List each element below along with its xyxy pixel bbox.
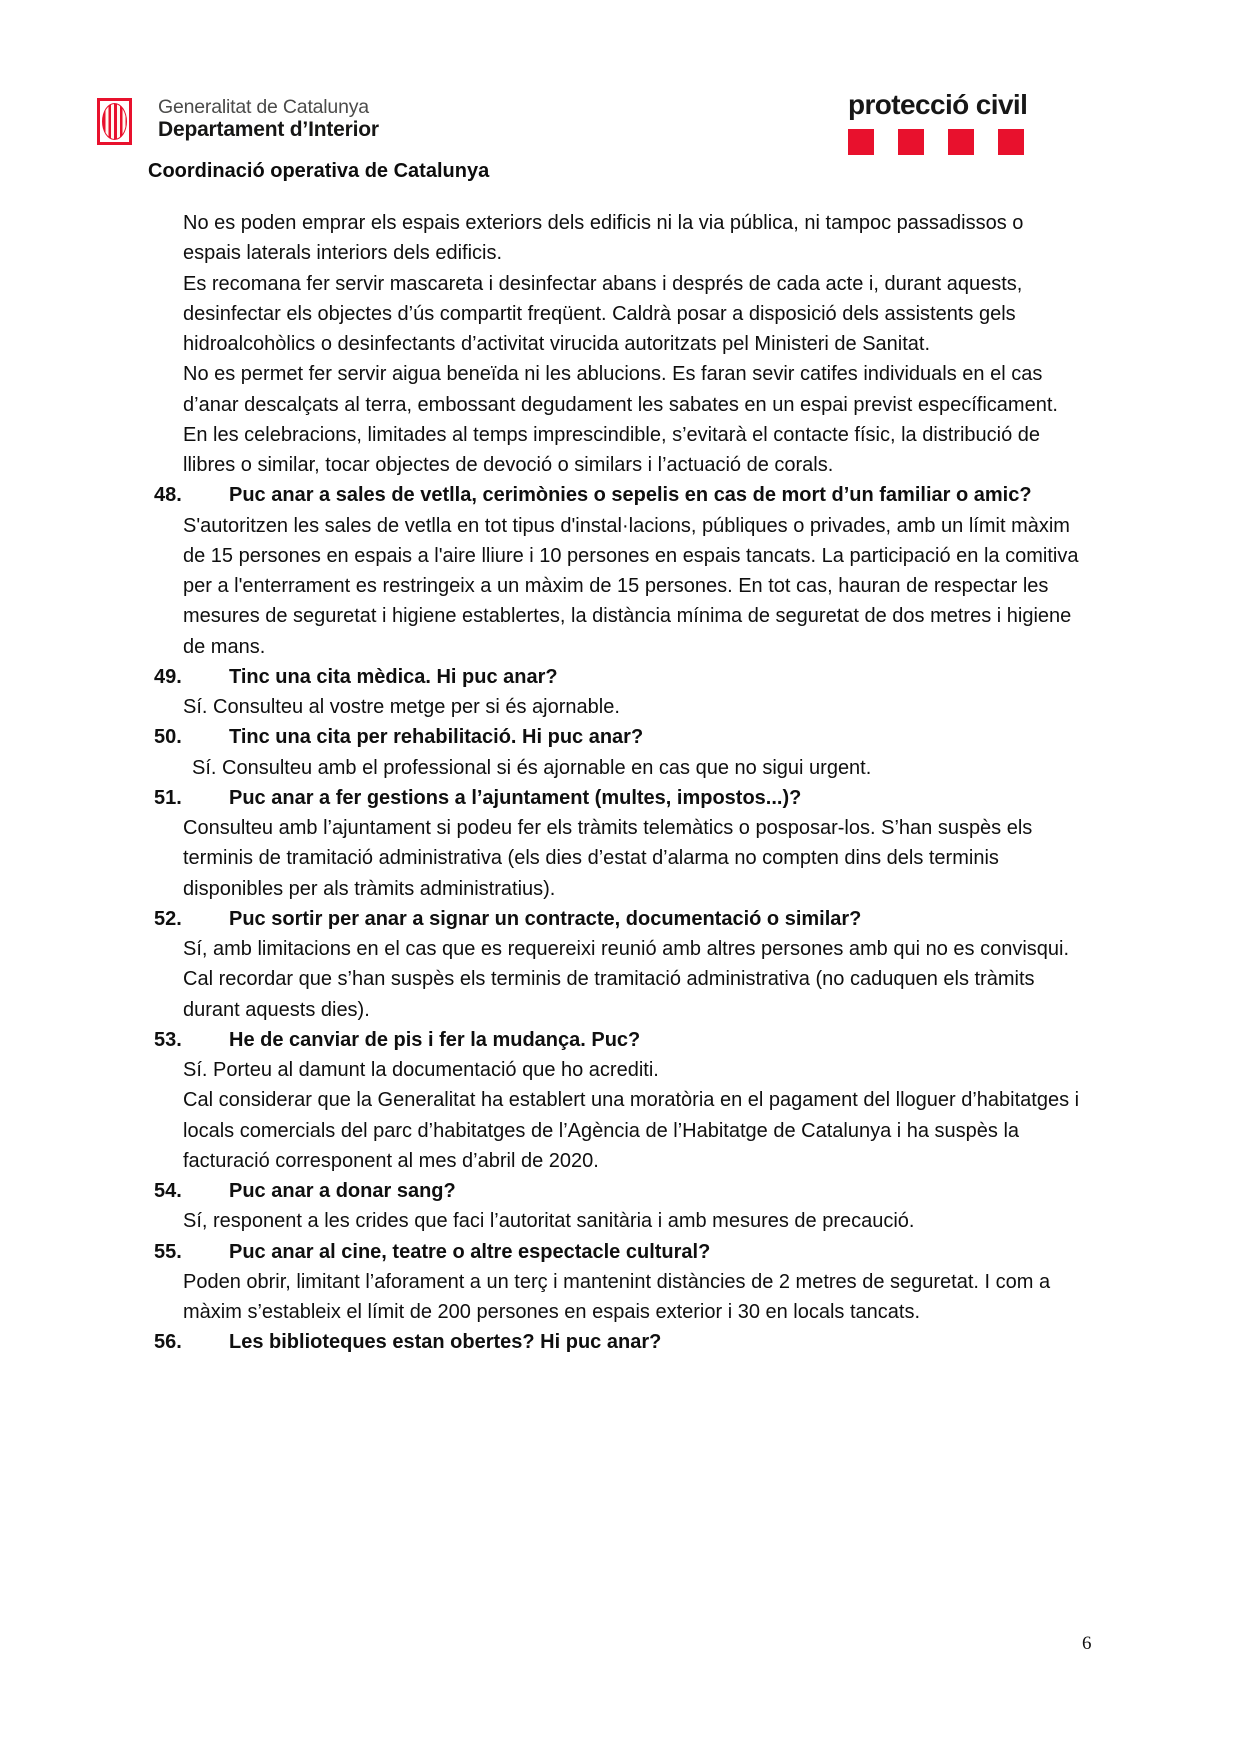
faq-item: 52.Puc sortir per anar a signar un contr… xyxy=(183,904,1085,1025)
answer-paragraph: Cal considerar que la Generalitat ha est… xyxy=(183,1085,1085,1176)
red-square-icon xyxy=(848,129,874,155)
question-number: 50. xyxy=(154,722,182,752)
senyera-stripes xyxy=(102,103,127,140)
question-text: Puc anar a donar sang? xyxy=(229,1180,456,1202)
faq-question: 54.Puc anar a donar sang? xyxy=(183,1176,1085,1206)
question-text: Tinc una cita mèdica. Hi puc anar? xyxy=(229,666,558,688)
question-number: 55. xyxy=(154,1237,182,1267)
answer-paragraph: Sí, responent a les crides que faci l’au… xyxy=(183,1206,1085,1236)
question-text: He de canviar de pis i fer la mudança. P… xyxy=(229,1029,640,1051)
faq-item: 55.Puc anar al cine, teatre o altre espe… xyxy=(183,1237,1085,1328)
answer-paragraph: Sí. Consulteu amb el professional si és … xyxy=(183,753,1085,783)
red-square-icon xyxy=(898,129,924,155)
question-number: 53. xyxy=(154,1025,182,1055)
question-text: Puc anar al cine, teatre o altre especta… xyxy=(229,1241,710,1263)
question-text: Puc anar a sales de vetlla, cerimònies o… xyxy=(229,484,1032,506)
faq-question: 49.Tinc una cita mèdica. Hi puc anar? xyxy=(183,662,1085,692)
question-text: Puc sortir per anar a signar un contract… xyxy=(229,908,861,930)
red-squares-row xyxy=(848,129,1024,155)
question-number: 49. xyxy=(154,662,182,692)
faq-question: 56.Les biblioteques estan obertes? Hi pu… xyxy=(183,1327,1085,1357)
senyera-shield-icon xyxy=(97,98,132,145)
document-body: No es poden emprar els espais exteriors … xyxy=(183,208,1085,1358)
answer-paragraph: Poden obrir, limitant l’aforament a un t… xyxy=(183,1267,1085,1328)
dept-name: Departament d’Interior xyxy=(158,118,379,141)
proteccio-civil-logo: protecció civil xyxy=(848,90,1027,120)
faq-item: 51.Puc anar a fer gestions a l’ajuntamen… xyxy=(183,783,1085,904)
red-square-icon xyxy=(998,129,1024,155)
faq-question: 48.Puc anar a sales de vetlla, cerimònie… xyxy=(183,480,1085,510)
generalitat-logo-text: Generalitat de Catalunya Departament d’I… xyxy=(158,96,379,141)
question-number: 56. xyxy=(154,1327,182,1357)
question-text: Puc anar a fer gestions a l’ajuntament (… xyxy=(229,787,801,809)
answer-paragraph: S'autoritzen les sales de vetlla en tot … xyxy=(183,511,1085,662)
answer-paragraph: Sí, amb limitacions en el cas que es req… xyxy=(183,934,1085,964)
intro-paragraph: No es poden emprar els espais exteriors … xyxy=(183,208,1085,269)
faq-question: 51.Puc anar a fer gestions a l’ajuntamen… xyxy=(183,783,1085,813)
question-number: 48. xyxy=(154,480,182,510)
answer-paragraph: Cal recordar que s’han suspès els termin… xyxy=(183,964,1085,1025)
section-title: Coordinació operativa de Catalunya xyxy=(148,160,489,183)
faq-item: 48.Puc anar a sales de vetlla, cerimònie… xyxy=(183,480,1085,662)
intro-paragraph: No es permet fer servir aigua beneïda ni… xyxy=(183,359,1085,420)
question-text: Les biblioteques estan obertes? Hi puc a… xyxy=(229,1331,661,1353)
faq-item: 54.Puc anar a donar sang? Sí, responent … xyxy=(183,1176,1085,1237)
faq-question: 55.Puc anar al cine, teatre o altre espe… xyxy=(183,1237,1085,1267)
org-name: Generalitat de Catalunya xyxy=(158,96,379,118)
answer-paragraph: Consulteu amb l’ajuntament si podeu fer … xyxy=(183,813,1085,904)
intro-paragraph: Es recomana fer servir mascareta i desin… xyxy=(183,269,1085,360)
faq-question: 53.He de canviar de pis i fer la mudança… xyxy=(183,1025,1085,1055)
faq-item: 56.Les biblioteques estan obertes? Hi pu… xyxy=(183,1327,1085,1357)
faq-item: 53.He de canviar de pis i fer la mudança… xyxy=(183,1025,1085,1176)
intro-paragraph: En les celebracions, limitades al temps … xyxy=(183,420,1085,481)
question-number: 54. xyxy=(154,1176,182,1206)
faq-question: 50.Tinc una cita per rehabilitació. Hi p… xyxy=(183,722,1085,752)
document-page: Generalitat de Catalunya Departament d’I… xyxy=(0,0,1240,1754)
faq-item: 49.Tinc una cita mèdica. Hi puc anar? Sí… xyxy=(183,662,1085,723)
answer-paragraph: Sí. Consulteu al vostre metge per si és … xyxy=(183,692,1085,722)
answer-paragraph: Sí. Porteu al damunt la documentació que… xyxy=(183,1055,1085,1085)
question-number: 51. xyxy=(154,783,182,813)
page-number: 6 xyxy=(1082,1633,1092,1655)
proteccio-civil-wordmark: protecció civil xyxy=(848,90,1027,120)
red-square-icon xyxy=(948,129,974,155)
question-text: Tinc una cita per rehabilitació. Hi puc … xyxy=(229,726,643,748)
faq-item: 50.Tinc una cita per rehabilitació. Hi p… xyxy=(183,722,1085,783)
question-number: 52. xyxy=(154,904,182,934)
faq-question: 52.Puc sortir per anar a signar un contr… xyxy=(183,904,1085,934)
